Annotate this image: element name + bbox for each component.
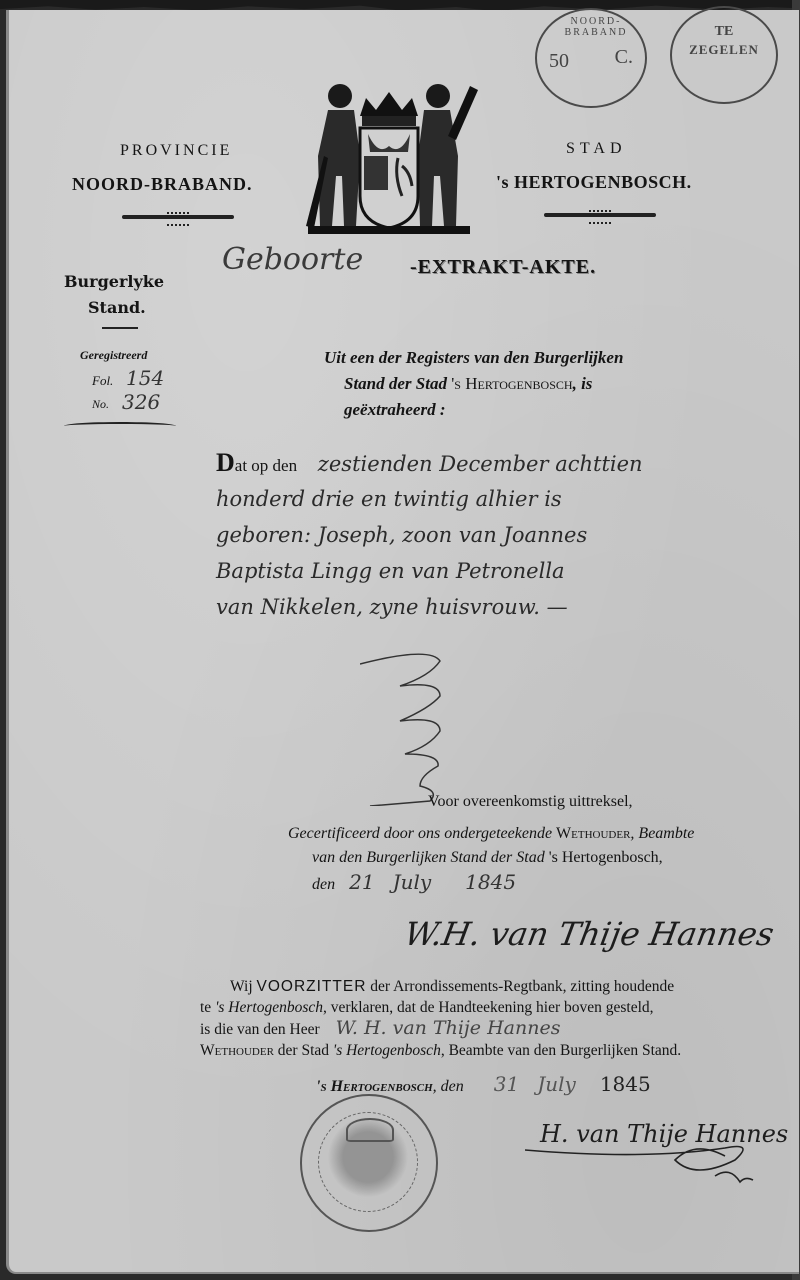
cert-date-label: den	[312, 876, 335, 893]
cert-official-title: Wethouder	[556, 825, 630, 842]
body-line-1: Dat op den zestienden December achttien	[216, 445, 776, 481]
cert-date-year: 1845	[435, 870, 516, 894]
court-line4-city: 's Hertogenbosch	[333, 1042, 441, 1059]
folio-label: Fol.	[92, 373, 113, 389]
court-title: VOORZITTER	[257, 978, 367, 995]
cert-line1-end: , Beambte	[630, 825, 694, 842]
sidebar-divider	[102, 327, 138, 329]
court-line4-end: , Beambte van den Burgerlijken Stand.	[441, 1042, 681, 1059]
court-line4: Wethouder der Stad 's Hertogenbosch, Bea…	[200, 1040, 720, 1061]
brace-ornament	[64, 422, 176, 430]
cert-line2-text: van den Burgerlijken Stand der Stad	[312, 849, 549, 866]
cert-line2: van den Burgerlijken Stand der Stad 's H…	[288, 846, 758, 870]
handwritten-line: geboren: Joseph, zoon van Joannes	[216, 517, 776, 553]
zegelen-stamp-line1: TE	[672, 24, 776, 40]
cert-line2-end: ,	[659, 849, 663, 866]
court-line4-text: der Stad	[274, 1042, 333, 1059]
court-date-month: July	[523, 1072, 576, 1096]
cert-line1-text: Gecertificeerd door ons ondergeteekende	[288, 825, 556, 842]
provincie-label: PROVINCIE	[120, 142, 232, 160]
number-label: No.	[92, 397, 109, 412]
court-line3: is die van den HeerW. H. van Thije Hanne…	[200, 1018, 720, 1040]
intro-line1: Uit een der Registers van den Burgerlijk…	[324, 345, 749, 371]
intro-line2: Stand der Stad 's Hertogenbosch, is	[324, 371, 749, 397]
folio-value: 154	[126, 366, 164, 390]
intro-line2-text: Stand der Stad	[344, 374, 451, 393]
court-line2-text: , verklaren, dat de Handteekening hier b…	[323, 999, 654, 1016]
cert-date-day: 21	[339, 870, 374, 894]
handwritten-line: van Nikkelen, zyne huisvrouw. —	[216, 589, 776, 625]
wethouder-signature: W.H. van Thije Hannes	[402, 915, 777, 953]
cert-city: 's Hertogenbosch	[549, 849, 659, 866]
handwritten-record-type: Geboorte	[222, 242, 363, 277]
document-title: -EXTRAKT-AKTE.	[410, 256, 596, 279]
intro-city: 's Hertogenbosch	[451, 374, 572, 393]
sidebar-title-line2: Stand.	[88, 298, 146, 317]
cert-date-line: den 21 July 1845	[288, 870, 758, 897]
handwritten-line: zestienden December achttien	[304, 452, 643, 476]
court-line1-text: der Arrondissements-Regtbank, zitting ho…	[366, 978, 674, 995]
handwritten-line: honderd drie en twintig alhier is	[216, 481, 776, 517]
tax-stamp-arc-text: NOORD-BRABAND	[547, 16, 645, 38]
registered-label: Geregistreerd	[80, 348, 147, 363]
number-value: 326	[122, 390, 160, 414]
court-date-year: 1845	[580, 1072, 651, 1096]
ornament-divider-left	[122, 215, 234, 219]
signature-flourish	[525, 1140, 755, 1190]
certification-heading: Voor overeenkomstig uittreksel,	[428, 793, 633, 811]
ornament-divider-right	[544, 213, 656, 217]
cert-line1: Gecertificeerd door ons ondergeteekende …	[288, 822, 758, 846]
court-line2: te 's Hertogenbosch, verklaren, dat de H…	[200, 997, 720, 1018]
tax-stamp-value: 50	[549, 50, 569, 73]
court-place-suffix: , den	[433, 1078, 464, 1095]
stad-label: STAD	[566, 140, 627, 158]
zegelen-stamp-line2: ZEGELEN	[672, 42, 776, 58]
fill-line-squiggle	[360, 636, 470, 806]
zegelen-stamp: TE ZEGELEN	[670, 6, 778, 104]
certification-paragraph: Gecertificeerd door ons ondergeteekende …	[288, 822, 758, 897]
court-line1: Wij VOORZITTER der Arrondissements-Regtb…	[200, 976, 720, 997]
court-city: 's Hertogenbosch	[215, 999, 323, 1016]
court-line1-start: Wij	[230, 978, 257, 995]
intro-paragraph: Uit een der Registers van den Burgerlijk…	[324, 345, 749, 423]
intro-line2-end: , is	[573, 374, 593, 393]
coat-of-arms-icon	[298, 76, 480, 236]
record-body: Dat op den zestienden December achttien …	[216, 445, 776, 625]
court-handwritten-name: W. H. van Thije Hannes	[320, 1017, 561, 1039]
tax-stamp: NOORD-BRABAND 50 C.	[535, 8, 647, 108]
court-place: 's Hertogenbosch	[316, 1078, 433, 1095]
drop-initial: D	[216, 448, 235, 477]
court-line3-text: is die van den Heer	[200, 1021, 320, 1038]
court-date-line: 's Hertogenbosch, den 31 July 1845	[316, 1072, 651, 1096]
handwritten-line: Baptista Lingg en van Petronella	[216, 553, 776, 589]
printed-start: Dat op den	[216, 456, 297, 475]
court-line4-title: Wethouder	[200, 1042, 274, 1059]
sidebar-title-line1: Burgerlyke	[64, 272, 164, 291]
tax-stamp-unit: C.	[615, 46, 633, 69]
cert-date-month: July	[379, 870, 432, 894]
printed-start-text: at op den	[235, 456, 297, 475]
provincie-name: NOORD-BRABAND.	[72, 174, 253, 195]
court-date-day: 31	[468, 1072, 519, 1096]
court-declaration: Wij VOORZITTER der Arrondissements-Regtb…	[200, 976, 720, 1061]
intro-line3: geëxtraheerd :	[324, 397, 749, 423]
court-seal-icon	[300, 1094, 438, 1232]
stad-name: 's HERTOGENBOSCH.	[496, 172, 692, 193]
seal-crown-icon	[346, 1118, 394, 1142]
court-line2-start: te	[200, 999, 215, 1016]
